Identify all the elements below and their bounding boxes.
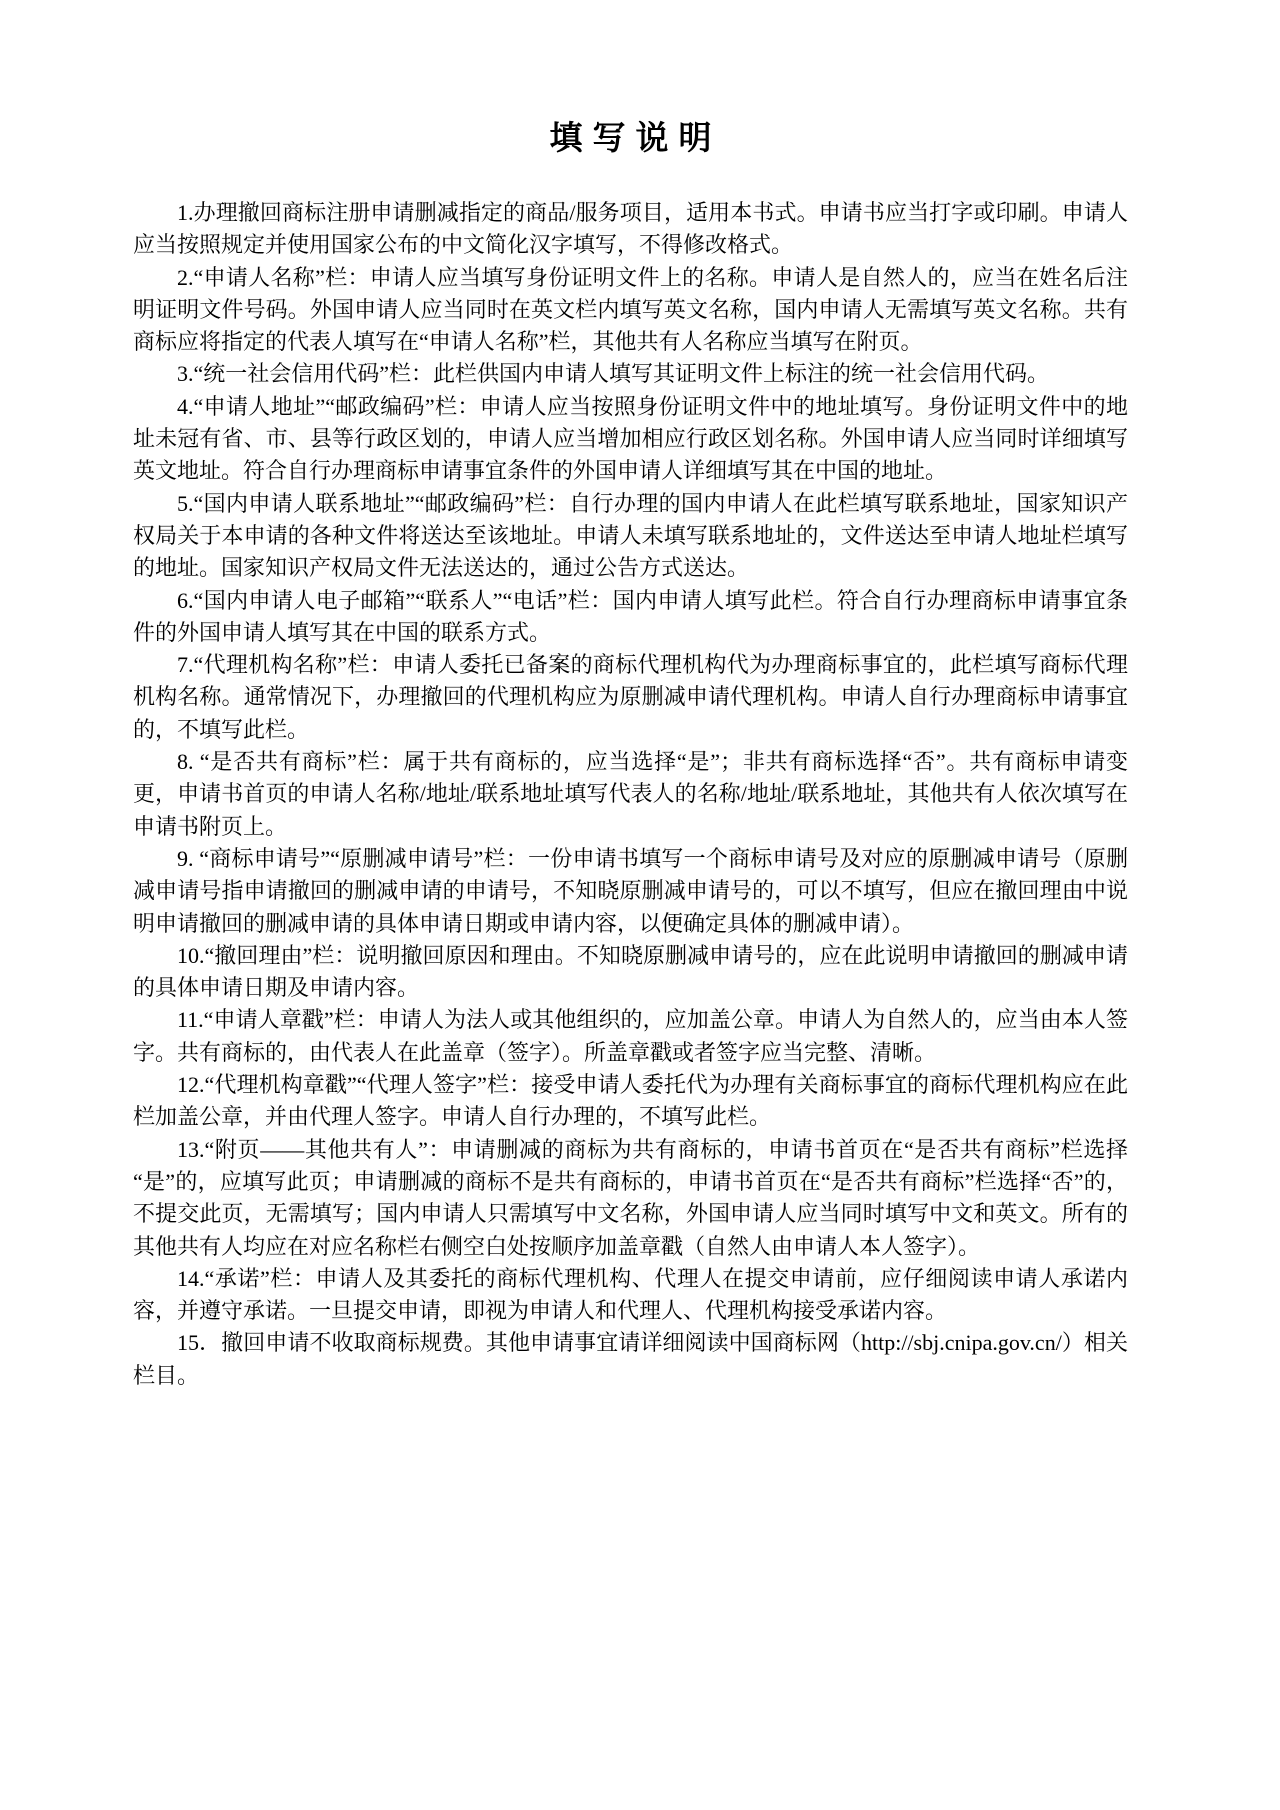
instruction-paragraph-11: 11.“申请人章戳”栏：申请人为法人或其他组织的，应加盖公章。申请人为自然人的，… bbox=[133, 1004, 1128, 1069]
instruction-paragraph-2: 2.“申请人名称”栏：申请人应当填写身份证明文件上的名称。申请人是自然人的，应当… bbox=[133, 262, 1128, 359]
instruction-paragraph-7: 7.“代理机构名称”栏：申请人委托已备案的商标代理机构代为办理商标事宜的，此栏填… bbox=[133, 649, 1128, 746]
page-title: 填写说明 bbox=[133, 117, 1128, 161]
instruction-paragraph-6: 6.“国内申请人电子邮箱”“联系人”“电话”栏：国内申请人填写此栏。符合自行办理… bbox=[133, 585, 1128, 650]
instruction-paragraph-13: 13.“附页——其他共有人”：申请删减的商标为共有商标的，申请书首页在“是否共有… bbox=[133, 1134, 1128, 1263]
instruction-paragraph-10: 10.“撤回理由”栏：说明撤回原因和理由。不知晓原删减申请号的，应在此说明申请撤… bbox=[133, 940, 1128, 1005]
instructions-body: 1.办理撤回商标注册申请删减指定的商品/服务项目，适用本书式。申请书应当打字或印… bbox=[133, 197, 1128, 1392]
instruction-paragraph-5: 5.“国内申请人联系地址”“邮政编码”栏：自行办理的国内申请人在此栏填写联系地址… bbox=[133, 488, 1128, 585]
instruction-paragraph-12: 12.“代理机构章戳”“代理人签字”栏：接受申请人委托代为办理有关商标事宜的商标… bbox=[133, 1069, 1128, 1134]
instruction-paragraph-14: 14.“承诺”栏：申请人及其委托的商标代理机构、代理人在提交申请前，应仔细阅读申… bbox=[133, 1263, 1128, 1328]
instruction-paragraph-4: 4.“申请人地址”“邮政编码”栏：申请人应当按照身份证明文件中的地址填写。身份证… bbox=[133, 391, 1128, 488]
instruction-paragraph-8: 8. “是否共有商标”栏：属于共有商标的，应当选择“是”；非共有商标选择“否”。… bbox=[133, 746, 1128, 843]
instruction-paragraph-9: 9. “商标申请号”“原删减申请号”栏：一份申请书填写一个商标申请号及对应的原删… bbox=[133, 843, 1128, 940]
document-page: 填写说明 1.办理撤回商标注册申请删减指定的商品/服务项目，适用本书式。申请书应… bbox=[0, 0, 1280, 1810]
instruction-paragraph-1: 1.办理撤回商标注册申请删减指定的商品/服务项目，适用本书式。申请书应当打字或印… bbox=[133, 197, 1128, 262]
instruction-paragraph-15: 15．撤回申请不收取商标规费。其他申请事宜请详细阅读中国商标网（http://s… bbox=[133, 1327, 1128, 1392]
instruction-paragraph-3: 3.“统一社会信用代码”栏：此栏供国内申请人填写其证明文件上标注的统一社会信用代… bbox=[133, 358, 1128, 390]
